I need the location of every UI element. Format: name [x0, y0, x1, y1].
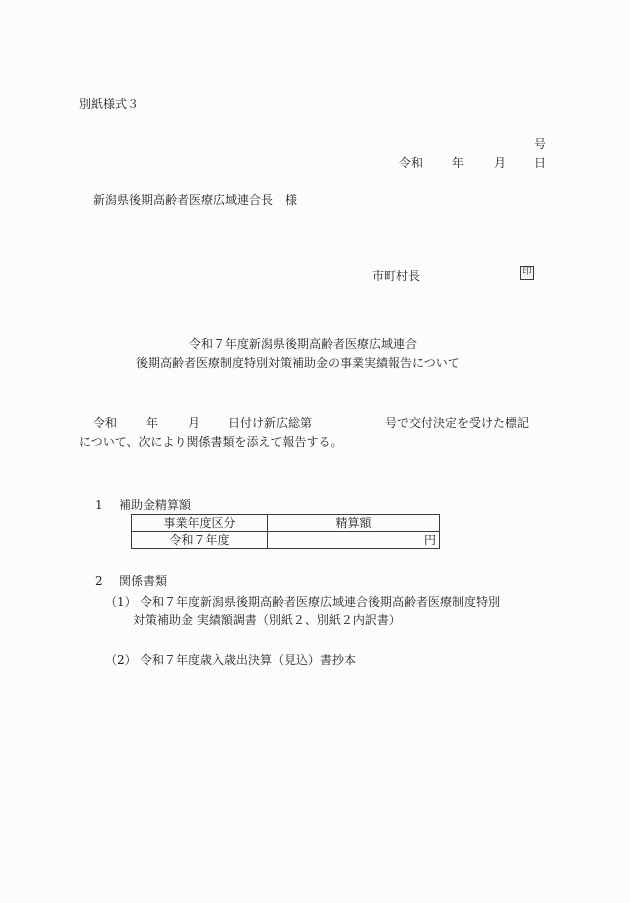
document-number-suffix: 号 — [534, 138, 546, 150]
sender-title: 市町村長 — [372, 270, 420, 282]
settlement-table: 事業年度区分 精算額 令和７年度 円 — [131, 514, 440, 549]
body-line-2: について、次により関係書類を添えて報告する。 — [79, 436, 343, 448]
section-1-number: 1 — [95, 499, 103, 511]
table-header-row: 事業年度区分 精算額 — [132, 515, 440, 532]
seal-icon: 印 — [520, 266, 534, 280]
date-era: 令和 — [399, 157, 423, 169]
item-1-number: （1） — [105, 596, 137, 608]
body-year-unit: 年 — [146, 417, 158, 429]
section-1-heading: 補助金精算額 — [119, 499, 191, 511]
table-header-year: 事業年度区分 — [132, 515, 268, 532]
amount-unit: 円 — [424, 533, 436, 547]
form-label: 別紙様式３ — [79, 98, 139, 110]
body-line1-rest: 号で交付決定を受けた標記 — [385, 417, 529, 429]
item-1-line-2: 対策補助金 実績額調書（別紙２、別紙２内訳書） — [133, 614, 401, 626]
table-cell-year: 令和７年度 — [132, 532, 268, 549]
title-line-2: 後期高齢者医療制度特別対策補助金の事業実績報告について — [136, 357, 460, 369]
table-row: 令和７年度 円 — [132, 532, 440, 549]
table-header-amount: 精算額 — [268, 515, 440, 532]
body-month-unit: 月 — [188, 417, 200, 429]
item-2-number: （2） — [105, 654, 137, 666]
title-line-1: 令和７年度新潟県後期高齢者医療広域連合 — [189, 338, 417, 350]
item-1-line-1: 令和７年度新潟県後期高齢者医療広域連合後期高齢者医療制度特別 — [140, 596, 500, 608]
date-year-unit: 年 — [452, 157, 464, 169]
date-day-unit: 日 — [534, 157, 546, 169]
table-cell-amount: 円 — [268, 532, 440, 549]
addressee: 新潟県後期高齢者医療広域連合長 様 — [93, 194, 297, 206]
item-2-line-1: 令和７年度歳入歳出決算（見込）書抄本 — [140, 654, 356, 666]
section-2-heading: 関係書類 — [119, 575, 167, 587]
document-page: 別紙様式３ 号 令和 年 月 日 新潟県後期高齢者医療広域連合長 様 市町村長 … — [0, 0, 630, 903]
section-2-number: 2 — [95, 575, 103, 587]
body-day-text: 日付け新広総第 — [228, 417, 312, 429]
date-month-unit: 月 — [494, 157, 506, 169]
body-era: 令和 — [93, 417, 117, 429]
